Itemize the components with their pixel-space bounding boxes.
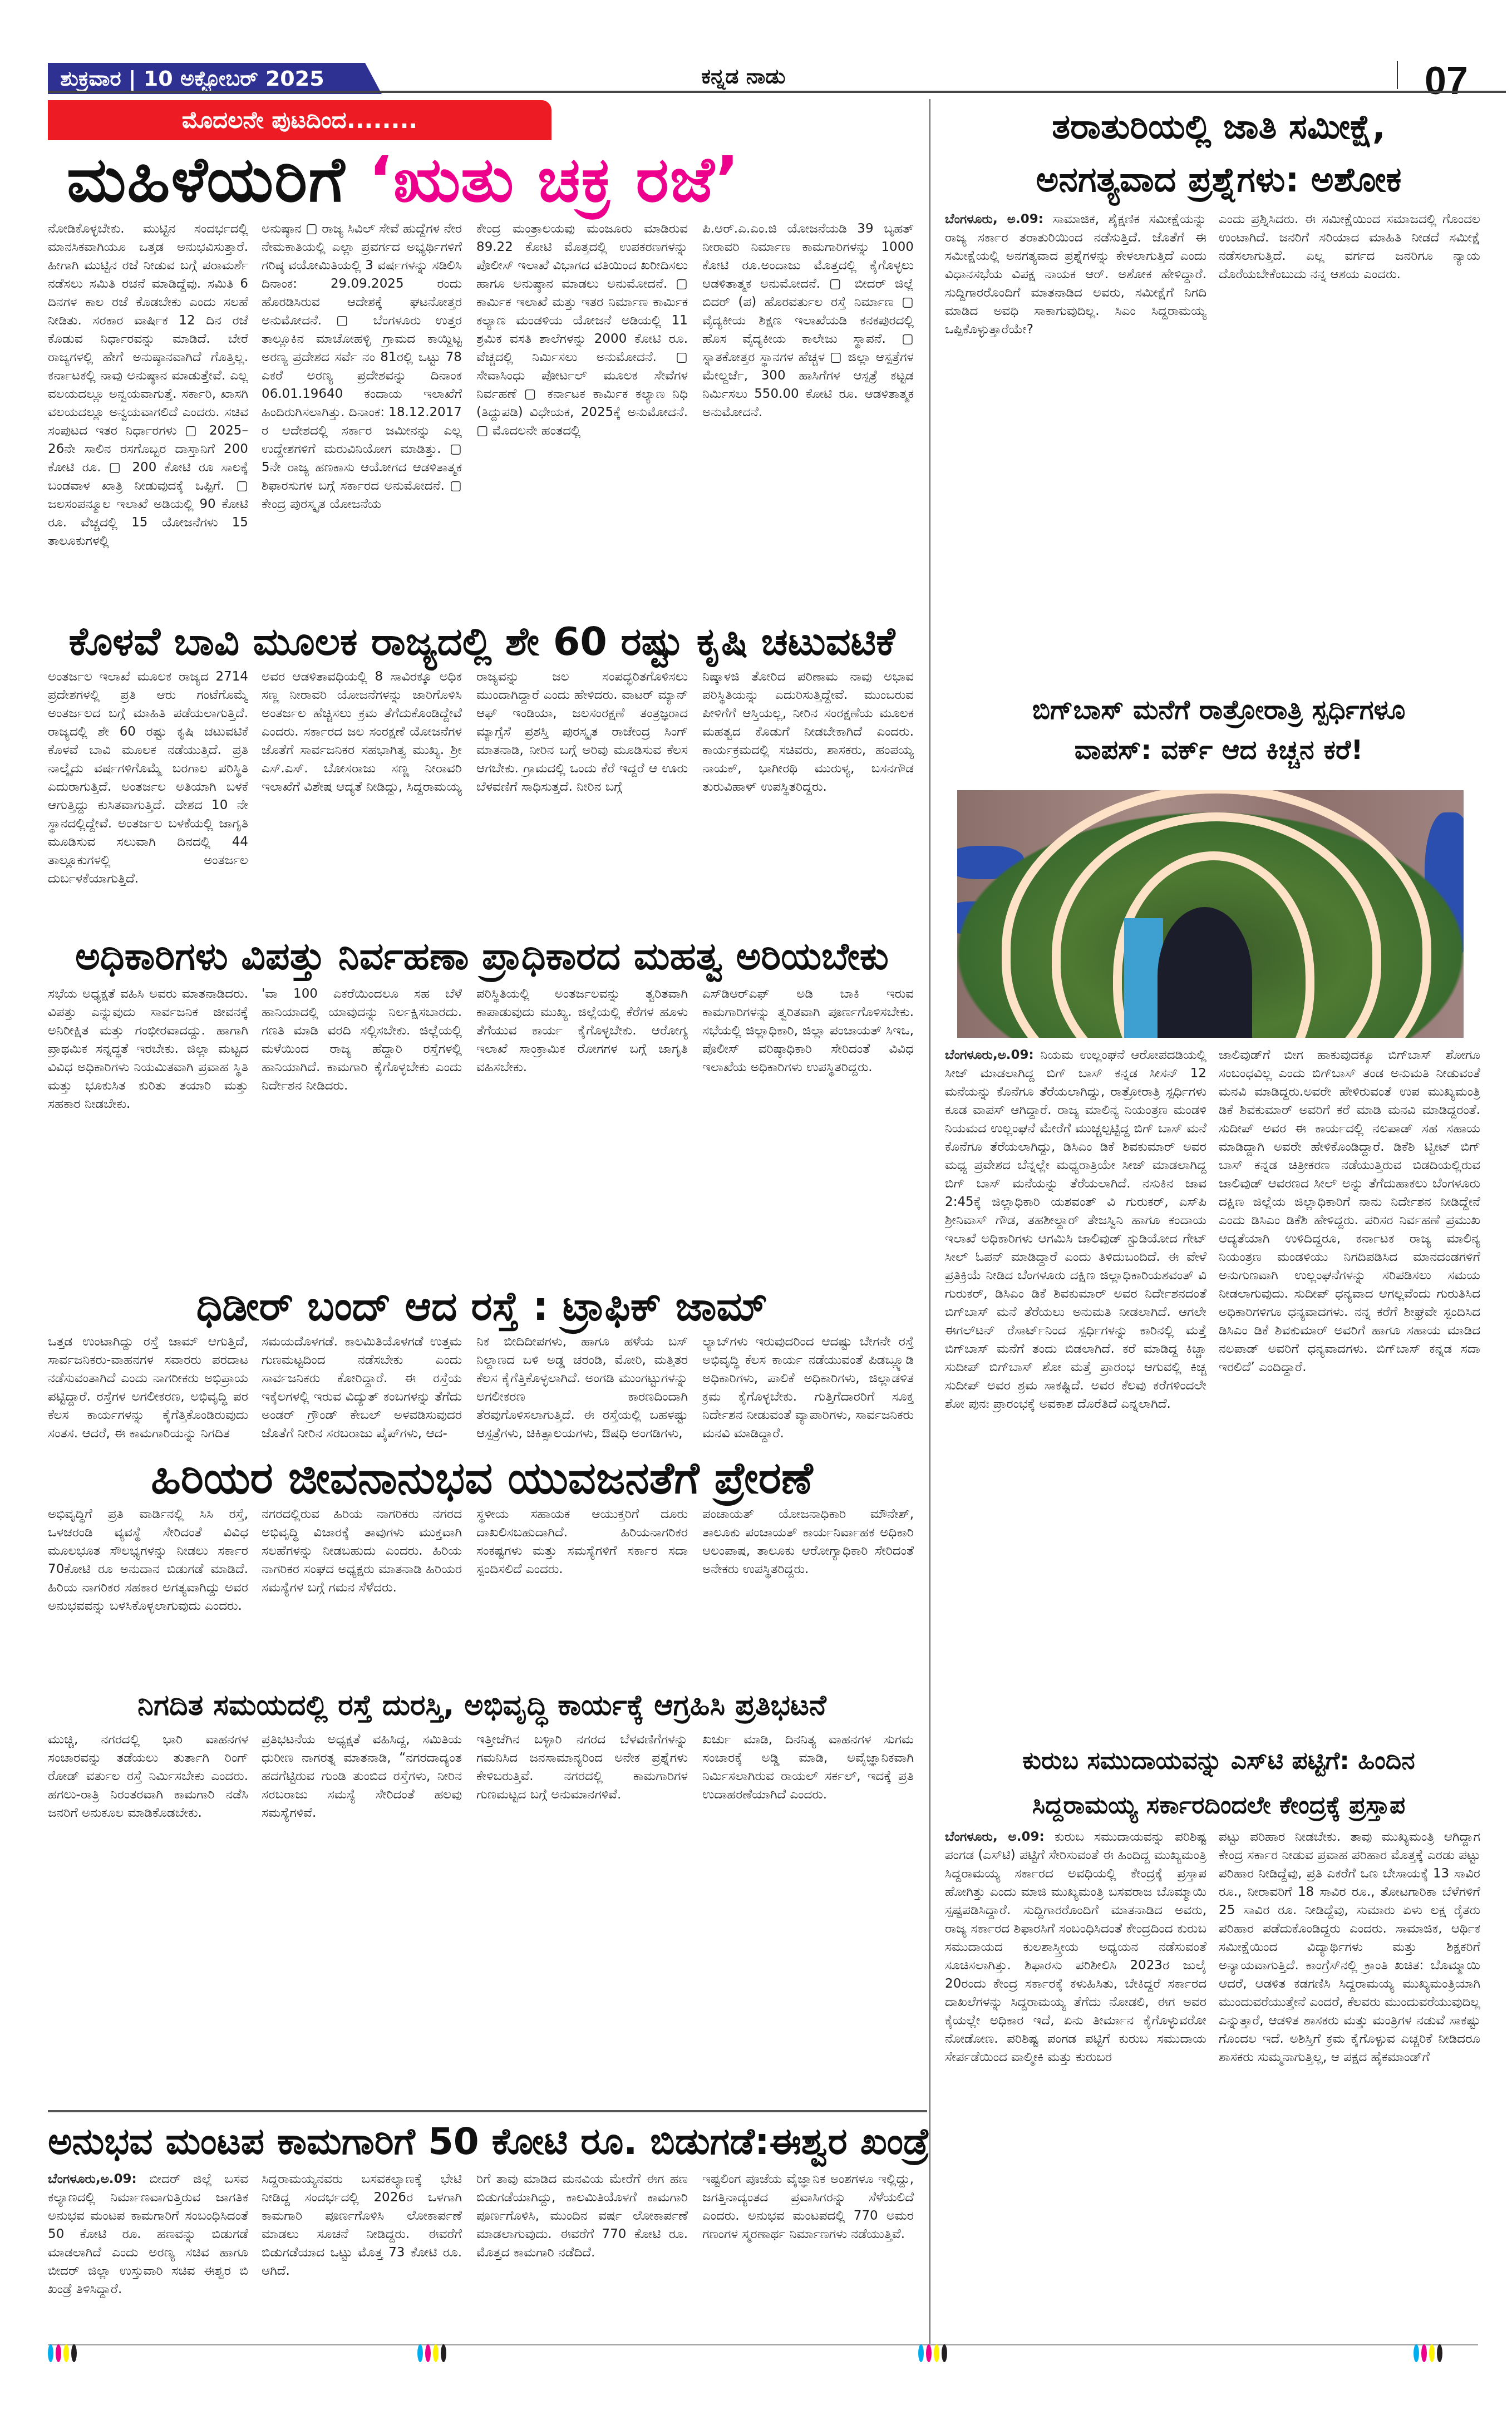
- ashoka-col-2: ಎಂದು ಪ್ರಶ್ನಿಸಿದರು. ಈ ಸಮೀಕ್ಷೆಯಿಂದ ಸಮಾಜದಲ್…: [1219, 210, 1480, 661]
- headline-protest: ನಿಗದಿತ ಸಮಯದಲ್ಲಿ ರಸ್ತೆ ದುರಸ್ತಿ, ಅಭಿವೃದ್ಧಿ…: [48, 1689, 916, 1723]
- protest-col-2: ಪ್ರತಿಭಟನೆಯ ಅಧ್ಯಕ್ಷತೆ ವಹಿಸಿದ್ದ, ಸಮಿತಿಯ ಧು…: [262, 1731, 462, 2109]
- mantapa-col-1: ಬೆಂಗಳೂರು,ಅ.09: ಬೀದರ್ ಜಿಲ್ಲೆ ಬಸವ ಕಲ್ಯಾಣದಲ…: [48, 2170, 248, 2337]
- bigg-boss-dateline: ಬೆಂಗಳೂರು,ಅ.09:: [945, 1048, 1034, 1062]
- page-number: 07: [1425, 58, 1468, 103]
- column-divider: [929, 99, 930, 2347]
- borewell-col-3: ರಾಜ್ಯವನ್ನು ಜಲ ಸಂಪದ್ಭರಿತಗೊಳಿಸಲು ಮುಂದಾಗಿದ್…: [476, 668, 688, 924]
- protest-col-3: ಇತ್ತೀಚೆಗಿನ ಬಳ್ಳಾರಿ ನಗರದ ಬೆಳವಣಿಗೆಗಳನ್ನು ಗ…: [476, 1731, 688, 2109]
- lead-col-4: ಪಿ.ಆರ್.ಎ.ಎಂ.ಜಿ ಯೋಜನೆಯಡಿ 39 ಬೃಹತ್ ನೀರಾವರಿ…: [702, 220, 914, 609]
- elders-col-1: ಅಭಿವೃದ್ಧಿಗೆ ಪ್ರತಿ ವಾರ್ಡಿನಲ್ಲಿ ಸಿಸಿ ರಸ್ತೆ…: [48, 1505, 248, 1700]
- mantapa-col-4: ಇಷ್ಟಲಿಂಗ ಪೂಜೆಯ ವೈಜ್ಞಾನಿಕ ಅಂಶಗಳೂ ಇಲ್ಲಿದ್ದ…: [702, 2170, 914, 2337]
- registration-mark: [417, 2344, 446, 2362]
- bigg-boss-photo: [957, 790, 1464, 1038]
- headline-ashoka-line2: ಅನಗತ್ಯವಾದ ಪ್ರಶ್ನೆಗಳು: ಅಶೋಕ: [940, 153, 1497, 206]
- protest-col-1: ಮುಚ್ಚಿ, ನಗರದಲ್ಲಿ ಭಾರಿ ವಾಹನಗಳ ಸಂಚಾರವನ್ನು …: [48, 1731, 248, 2109]
- protest-col-4: ಖರ್ಚು ಮಾಡಿ, ದಿನನಿತ್ಯ ವಾಹನಗಳ ಸುಗಮ ಸಂಚಾರಕ್…: [702, 1731, 914, 2109]
- headline-bigg-boss-line2: ವಾಪಸ್: ವರ್ಕ್ ಆದ ಕಿಚ್ಚನ ಕರೆ!: [940, 730, 1497, 770]
- elders-col-3: ಸ್ಥಳೀಯ ಸಹಾಯಕ ಆಯುಕ್ತರಿಗೆ ದೂರು ದಾಖಲಿಸಬಹುದಾ…: [476, 1505, 688, 1700]
- masthead-logo: ಕನ್ನಡ ನಾಡು: [701, 64, 786, 89]
- headline-kuruba: ಕುರುಬ ಸಮುದಾಯವನ್ನು ಎಸ್‌ಟಿ ಪಟ್ಟಿಗೆ: ಹಿಂದಿನ…: [940, 1739, 1497, 1828]
- headline-borewell: ಕೊಳವೆ ಬಾವಿ ಮೂಲಕ ರಾಜ್ಯದಲ್ಲಿ ಶೇ 60 ರಷ್ಟು ಕ…: [48, 619, 916, 665]
- ashoka-dateline: ಬೆಂಗಳೂರು, ಅ.09:: [945, 212, 1043, 226]
- disaster-col-3: ಪರಿಸ್ಥಿತಿಯಲ್ಲಿ ಅಂತರ್ಜಲವನ್ನು ತ್ವರಿತವಾಗಿ ಕ…: [476, 985, 688, 1274]
- elders-col-4: ಪಂಚಾಯತ್ ಯೋಜನಾಧಿಕಾರಿ ಮೌನೇಶ್, ತಾಲೂಕು ಪಂಚಾಯ…: [702, 1505, 914, 1700]
- disaster-col-4: ಎಸ್‌ಡಿಆರ್‌ಎಫ್ ಅಡಿ ಬಾಕಿ ಇರುವ ಕಾಮಗಾರಿಗಳನ್ನ…: [702, 985, 914, 1274]
- page-number-divider: [1397, 61, 1398, 89]
- borewell-col-4: ನಿಷ್ಕಾಳಜಿ ತೋರಿದ ಪರಿಣಾಮ ನಾವು ಅಭಾವ ಪರಿಸ್ಥಿ…: [702, 668, 914, 924]
- mantapa-col-3: ರಿಗೆ ತಾವು ಮಾಡಿದ ಮನವಿಯ ಮೇರೆಗೆ ಈಗ ಹಣ ಬಿಡುಗ…: [476, 2170, 688, 2337]
- borewell-col-2: ಅವರ ಆಡಳಿತಾವಧಿಯಲ್ಲಿ 8 ಸಾವಿರಕ್ಕೂ ಅಧಿಕ ಸಣ್ಣ…: [262, 668, 462, 924]
- headline-road-closure: ಧಿಡೀರ್ ಬಂದ್ ಆದ ರಸ್ತೆ : ಟ್ರಾಫಿಕ್ ಜಾಮ್: [48, 1283, 916, 1330]
- registration-mark: [48, 2344, 77, 2362]
- kuruba-col-1: ಬೆಂಗಳೂರು, ಅ.09: ಕುರುಬ ಸಮುದಾಯವನ್ನು ಪರಿಶಿಷ…: [945, 1828, 1206, 2340]
- bigg-boss-col-1: ಬೆಂಗಳೂರು,ಅ.09: ನಿಯಮ ಉಲ್ಲಂಘನೆ ಆರೋಪದಡಿಯಲ್ಲ…: [945, 1046, 1206, 1736]
- section-rule: [48, 2110, 927, 2112]
- headline-ashoka-line1: ತರಾತುರಿಯಲ್ಲಿ ಜಾತಿ ಸಮೀಕ್ಷೆ,: [940, 100, 1497, 153]
- lead-headline: ಮಹಿಳೆಯರಿಗೆ ‘ಋತು ಚಕ್ರ ರಜೆ’: [67, 144, 740, 217]
- registration-mark: [1414, 2344, 1442, 2362]
- headline-disaster: ಅಧಿಕಾರಿಗಳು ವಿಪತ್ತು ನಿರ್ವಹಣಾ ಪ್ರಾಧಿಕಾರದ ಮ…: [48, 935, 916, 979]
- disaster-col-1: ಸಭೆಯ ಅಧ್ಯಕ್ಷತೆ ವಹಿಸಿ ಅವರು ಮಾತನಾಡಿದರು. ವಿ…: [48, 985, 248, 1274]
- lead-col-1: ನೋಡಿಕೊಳ್ಳಬೇಕು. ಮುಟ್ಟಿನ ಸಂದರ್ಭದಲ್ಲಿ ಮಾನಸಿ…: [48, 220, 248, 609]
- headline-ashoka: ತರಾತುರಿಯಲ್ಲಿ ಜಾತಿ ಸಮೀಕ್ಷೆ, ಅನಗತ್ಯವಾದ ಪ್ರ…: [940, 100, 1497, 206]
- lead-headline-pink: ‘ಋತು ಚಕ್ರ ರಜೆ’: [368, 144, 740, 216]
- mantapa-col-2: ಸಿದ್ದರಾಮಯ್ಯನವರು ಬಸವಕಲ್ಯಾಣಕ್ಕೆ ಭೇಟಿ ನೀಡಿದ…: [262, 2170, 462, 2337]
- lead-col-3: ಕೇಂದ್ರ ಮಂತ್ರಾಲಯವು ಮಂಜೂರು ಮಾಡಿರುವ 89.22 ಕ…: [476, 220, 688, 609]
- headline-bigg-boss: ಬಿಗ್‌ಬಾಸ್ ಮನೆಗೆ ರಾತ್ರೋರಾತ್ರಿ ಸ್ಪರ್ಧಿಗಳೂ …: [940, 690, 1497, 770]
- lead-headline-black: ಮಹಿಳೆಯರಿಗೆ: [67, 144, 368, 216]
- registration-mark: [918, 2344, 947, 2362]
- headline-bigg-boss-line1: ಬಿಗ್‌ಬಾಸ್ ಮನೆಗೆ ರಾತ್ರೋರಾತ್ರಿ ಸ್ಪರ್ಧಿಗಳೂ: [940, 690, 1497, 730]
- bigg-boss-col-2: ಜಾಲಿವುಡ್‌ಗೆ ಬೀಗ ಹಾಕುವುದಕ್ಕೂ ಬಿಗ್‌ಬಾಸ್ ಶೋ…: [1219, 1046, 1480, 1736]
- footer-rule: [48, 2344, 1478, 2345]
- mantapa-dateline: ಬೆಂಗಳೂರು,ಅ.09:: [48, 2172, 137, 2186]
- headline-kuruba-line2: ಸಿದ್ದರಾಮಯ್ಯ ಸರ್ಕಾರದಿಂದಲೇ ಕೇಂದ್ರಕ್ಕೆ ಪ್ರಸ…: [940, 1783, 1497, 1828]
- headline-elders: ಹಿರಿಯರ ಜೀವನಾನುಭವ ಯುವಜನತೆಗೆ ಪ್ರೇರಣೆ: [48, 1453, 916, 1504]
- ashoka-col-1: ಬೆಂಗಳೂರು, ಅ.09: ಸಾಮಾಜಿಕ, ಶೈಕ್ಷಣಿಕ ಸಮೀಕ್ಷ…: [945, 210, 1206, 661]
- kuruba-dateline: ಬೆಂಗಳೂರು, ಅ.09:: [945, 1830, 1045, 1844]
- lead-col-2: ಅನುಷ್ಠಾನ ▢ ರಾಜ್ಯ ಸಿವಿಲ್ ಸೇವೆ ಹುದ್ದೆಗಳ ನೇ…: [262, 220, 462, 609]
- elders-col-2: ನಗರದಲ್ಲಿರುವ ಹಿರಿಯ ನಾಗರಿಕರು ನಗರದ ಅಭಿವೃದ್ಧ…: [262, 1505, 462, 1700]
- headline-anubhava-mantapa: ಅನುಭವ ಮಂಟಪ ಕಾಮಗಾರಿಗೆ 50 ಕೋಟಿ ರೂ. ಬಿಡುಗಡೆ…: [48, 2120, 916, 2164]
- disaster-col-2: 'ವಾ 100 ಎಕರೆಯಿಂದಲೂ ಸಹ ಬೆಳೆ ಹಾನಿಯಾದಲ್ಲಿ ಯ…: [262, 985, 462, 1274]
- continued-kicker: ಮೊದಲನೇ ಪುಟದಿಂದ........: [48, 100, 551, 140]
- headline-kuruba-line1: ಕುರುಬ ಸಮುದಾಯವನ್ನು ಎಸ್‌ಟಿ ಪಟ್ಟಿಗೆ: ಹಿಂದಿನ: [940, 1739, 1497, 1783]
- header-rule: [48, 91, 1506, 93]
- date-banner: ಶುಕ್ರವಾರ | 10 ಅಕ್ಟೋಬರ್ 2025: [48, 63, 382, 94]
- kuruba-col-2: ಪಟ್ಟು ಪರಿಹಾರ ನೀಡಬೇಕು. ತಾವು ಮುಖ್ಯಮಂತ್ರಿ ಆ…: [1219, 1828, 1480, 2340]
- borewell-col-1: ಅಂತರ್ಜಲ ಇಲಾಖೆ ಮೂಲಕ ರಾಜ್ಯದ 2714 ಪ್ರದೇಶಗಳಲ…: [48, 668, 248, 924]
